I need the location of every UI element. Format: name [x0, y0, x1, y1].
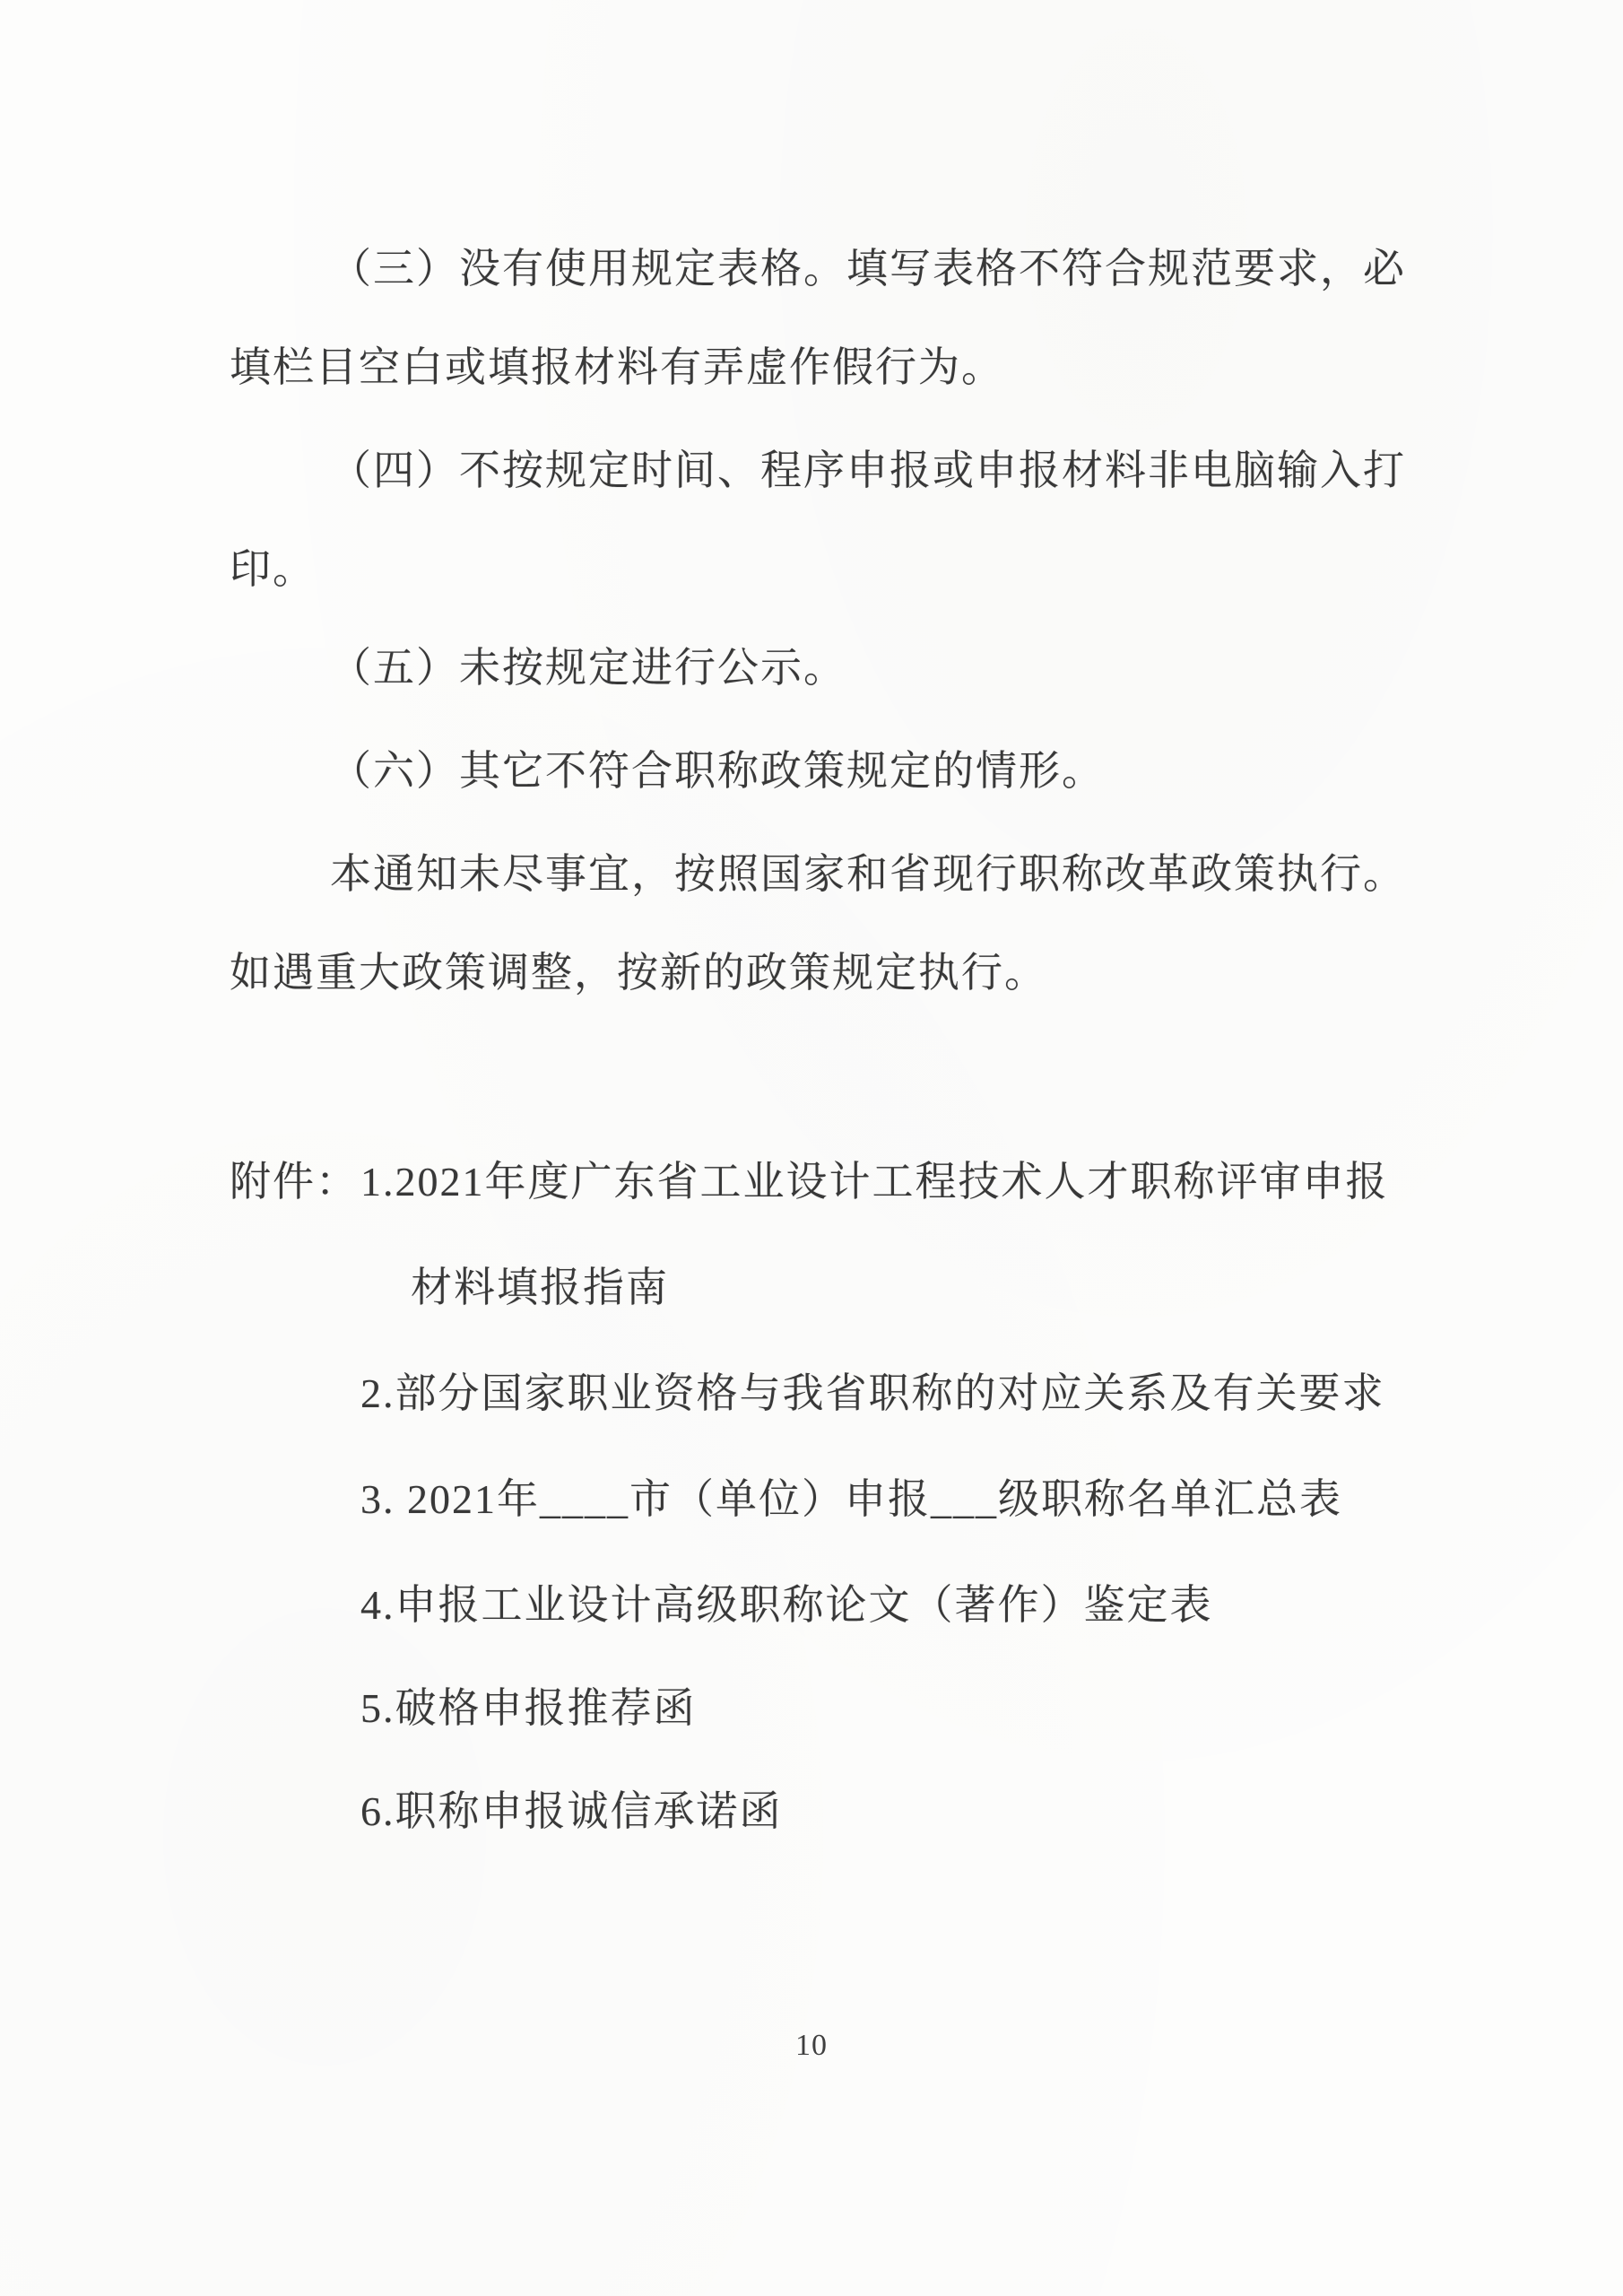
attachments-label: 附件： — [230, 1157, 359, 1206]
attachment-item: 3. 2021年____市（单位）申报___级职称名单汇总表 — [360, 1474, 1342, 1524]
document-page: （三）没有使用规定表格。填写表格不符合规范要求，必 填栏目空白或填报材料有弄虚作… — [0, 0, 1623, 2296]
attachment-item: 4.申报工业设计高级职称论文（著作）鉴定表 — [360, 1580, 1213, 1630]
paragraph-line: 如遇重大政策调整，按新的政策规定执行。 — [230, 948, 1047, 997]
paragraph-line: 填栏目空白或填报材料有弄虚作假行为。 — [230, 343, 1004, 392]
page-number: 10 — [0, 2029, 1623, 2063]
paragraph-line: （四）不按规定时间、程序申报或申报材料非电脑输入打 — [330, 446, 1406, 495]
paragraph-line: （三）没有使用规定表格。填写表格不符合规范要求，必 — [330, 244, 1406, 293]
paragraph-line: （五）未按规定进行公示。 — [330, 643, 846, 692]
attachment-item: 6.职称申报诚信承诺函 — [360, 1787, 783, 1836]
attachment-item: 2.部分国家职业资格与我省职称的对应关系及有关要求 — [360, 1369, 1385, 1418]
paragraph-line: （六）其它不符合职称政策规定的情形。 — [330, 746, 1105, 796]
paragraph-line: 印。 — [230, 544, 316, 594]
paragraph-line: 本通知未尽事宜，按照国家和省现行职称改革政策执行。 — [330, 849, 1406, 899]
attachment-item: 1.2021年度广东省工业设计工程技术人才职称评审申报 — [360, 1157, 1389, 1206]
attachment-item: 5.破格申报推荐函 — [360, 1683, 697, 1733]
attachment-item: 材料填报指南 — [411, 1263, 669, 1312]
